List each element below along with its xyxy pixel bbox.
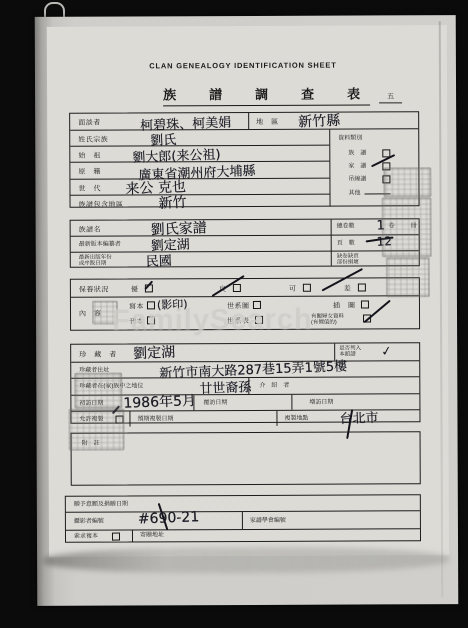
info-lower: 姓氏宗族 劉氏 始 祖 劉大郎(来公祖) 原 籍 廣東省潮州府大埔縣 世 代 来… bbox=[70, 129, 418, 208]
send-address-label: 寄贈地址 bbox=[140, 532, 164, 538]
cell-divider bbox=[132, 530, 133, 542]
category-zupu-label: 族 譜 bbox=[348, 150, 366, 156]
first-visit-value: 1986年5月 bbox=[123, 390, 196, 413]
area-label: 族譜包含地區 bbox=[79, 200, 124, 210]
table-row: 贈予意願及捐贈日期 bbox=[66, 495, 420, 513]
addvisit-label: 增訪日期 bbox=[309, 400, 333, 406]
photographer-value: #690-21 bbox=[138, 509, 200, 527]
cell-divider bbox=[129, 412, 130, 427]
illustration-label: 插 圖 bbox=[333, 301, 356, 311]
table-row: 族譜名 劉氏家譜 總卷數 1 卷 冊 bbox=[71, 219, 419, 237]
photographer-label: 攝影者編號 bbox=[74, 519, 104, 525]
pub-date-value: 民國 bbox=[145, 250, 172, 270]
damage-label-2: 部份損壞 bbox=[337, 260, 359, 266]
archive-seal-stamp bbox=[383, 167, 431, 197]
volumes-label: 總卷數 bbox=[337, 224, 355, 230]
table-row: 最新出版年份 或序跋日期 民國 缺卷缺頁 部份損壞 bbox=[71, 251, 419, 269]
condition-fair-checkbox[interactable] bbox=[303, 284, 311, 292]
condition-fair-label: 可 bbox=[289, 284, 297, 294]
form-title-english: CLAN GENEALOGY IDENTIFICATION SHEET bbox=[69, 60, 417, 71]
copy-place-value: 台北市 bbox=[339, 407, 379, 428]
copy-place-label: 複製地點 bbox=[284, 416, 308, 422]
compiler-label: 最新版本編纂者 bbox=[79, 242, 121, 248]
donation-label: 贈予意願及捐贈日期 bbox=[74, 502, 128, 508]
copy-request-checkbox[interactable] bbox=[112, 533, 120, 541]
region-value: 新竹縣 bbox=[298, 110, 341, 132]
condition-poor-label: 差 bbox=[344, 284, 352, 294]
cell-divider bbox=[276, 411, 277, 426]
scanned-genealogy-form: CLAN GENEALOGY IDENTIFICATION SHEET 族 譜 … bbox=[35, 15, 459, 606]
collector-name-value: 劉定湖 bbox=[133, 342, 176, 364]
cell-divider bbox=[291, 395, 292, 410]
archive-seal-stamp bbox=[382, 197, 432, 257]
origin-label: 原 籍 bbox=[78, 167, 101, 177]
cell-divider bbox=[248, 113, 249, 129]
surname-label: 姓氏宗族 bbox=[78, 135, 108, 145]
scan-shadow bbox=[43, 546, 449, 574]
revisit-label: 覆訪日期 bbox=[203, 400, 227, 406]
table-row: 世 代 来公 克也 bbox=[70, 179, 329, 196]
interviewer-label: 面談者 bbox=[78, 118, 101, 128]
book-title-label: 族譜名 bbox=[79, 225, 102, 235]
familysearch-watermark: FamilySearch bbox=[112, 304, 313, 338]
society-label: 家譜學會編號 bbox=[250, 518, 286, 524]
introducer-label: 介 紹 者 bbox=[259, 383, 289, 389]
illustration-checkbox[interactable] bbox=[361, 300, 369, 308]
category-diaoxianpu-label: 吊線譜 bbox=[348, 176, 366, 182]
collector-name-label: 珍 藏 者 bbox=[79, 350, 117, 360]
table-row: 索求複本 寄贈地址 bbox=[66, 529, 420, 543]
category-title: 資料類別 bbox=[338, 135, 362, 141]
category-jiapu-label: 家 譜 bbox=[348, 163, 366, 169]
pages-label: 頁 數 bbox=[337, 241, 355, 247]
category-other-label: 其他 bbox=[348, 191, 360, 197]
women-data-label-2: (有價值的) bbox=[311, 320, 337, 326]
condition-label: 保養狀況 bbox=[79, 285, 109, 295]
table-row: 原 籍 廣東省潮州府大埔縣 bbox=[70, 162, 329, 180]
table-row: 面談者 柯碧珠、柯美娟 地 區 新竹縣 bbox=[70, 112, 418, 131]
region-label: 地 區 bbox=[256, 117, 279, 127]
archive-seal-stamp bbox=[68, 409, 124, 451]
table-row: 保養狀況 優 良 可 差 bbox=[71, 278, 419, 298]
collector-position-value: 廿世裔孫 bbox=[199, 376, 252, 397]
info-left-column: 姓氏宗族 劉氏 始 祖 劉大郎(来公祖) 原 籍 廣東省潮州府大埔縣 世 代 来… bbox=[70, 130, 329, 208]
basic-info-table: 面談者 柯碧珠、柯美娟 地 區 新竹縣 姓氏宗族 劉氏 始 祖 劉大郎(来公祖) bbox=[69, 111, 419, 208]
table-row: 族譜包含地區 新竹 bbox=[70, 195, 329, 212]
condition-excellent-label: 優 bbox=[131, 284, 139, 294]
copy-request-label: 索求複本 bbox=[74, 534, 98, 540]
archive-seal-stamp bbox=[74, 373, 122, 409]
archive-seal-stamp bbox=[386, 257, 430, 297]
footer-table: 贈予意願及捐贈日期 攝影者編號 #690-21 家譜學會編號 索求複本 寄贈地址 bbox=[65, 494, 421, 543]
table-row: 最新版本編纂者 劉定湖 頁 數 12 bbox=[71, 235, 419, 253]
microfilm-frame: CLAN GENEALOGY IDENTIFICATION SHEET 族 譜 … bbox=[0, 0, 468, 628]
film-scratch-mark bbox=[44, 2, 65, 17]
pub-date-label-2: 或序跋日期 bbox=[79, 261, 107, 267]
area-value: 新竹 bbox=[158, 192, 187, 213]
book-info-table: 族譜名 劉氏家譜 總卷數 1 卷 冊 最新版本編纂者 劉定湖 頁 數 12 最新… bbox=[70, 218, 420, 268]
page-mark: 五 bbox=[379, 91, 402, 103]
condition-poor-checkbox[interactable] bbox=[358, 283, 366, 291]
form-title-chinese: 族 譜 調 查 表 bbox=[163, 83, 370, 106]
table-row: 攝影者編號 #690-21 家譜學會編號 bbox=[66, 511, 420, 531]
founder-label: 始 祖 bbox=[78, 151, 101, 161]
listed-check-mark: ✓ bbox=[380, 343, 393, 360]
table-row: 始 祖 劉大郎(来公祖) bbox=[70, 146, 329, 163]
generations-label: 世 代 bbox=[78, 184, 101, 194]
cell-divider bbox=[242, 512, 243, 529]
copy-date-label: 預期複製日期 bbox=[137, 416, 173, 422]
condition-good-checkbox[interactable] bbox=[233, 284, 241, 292]
